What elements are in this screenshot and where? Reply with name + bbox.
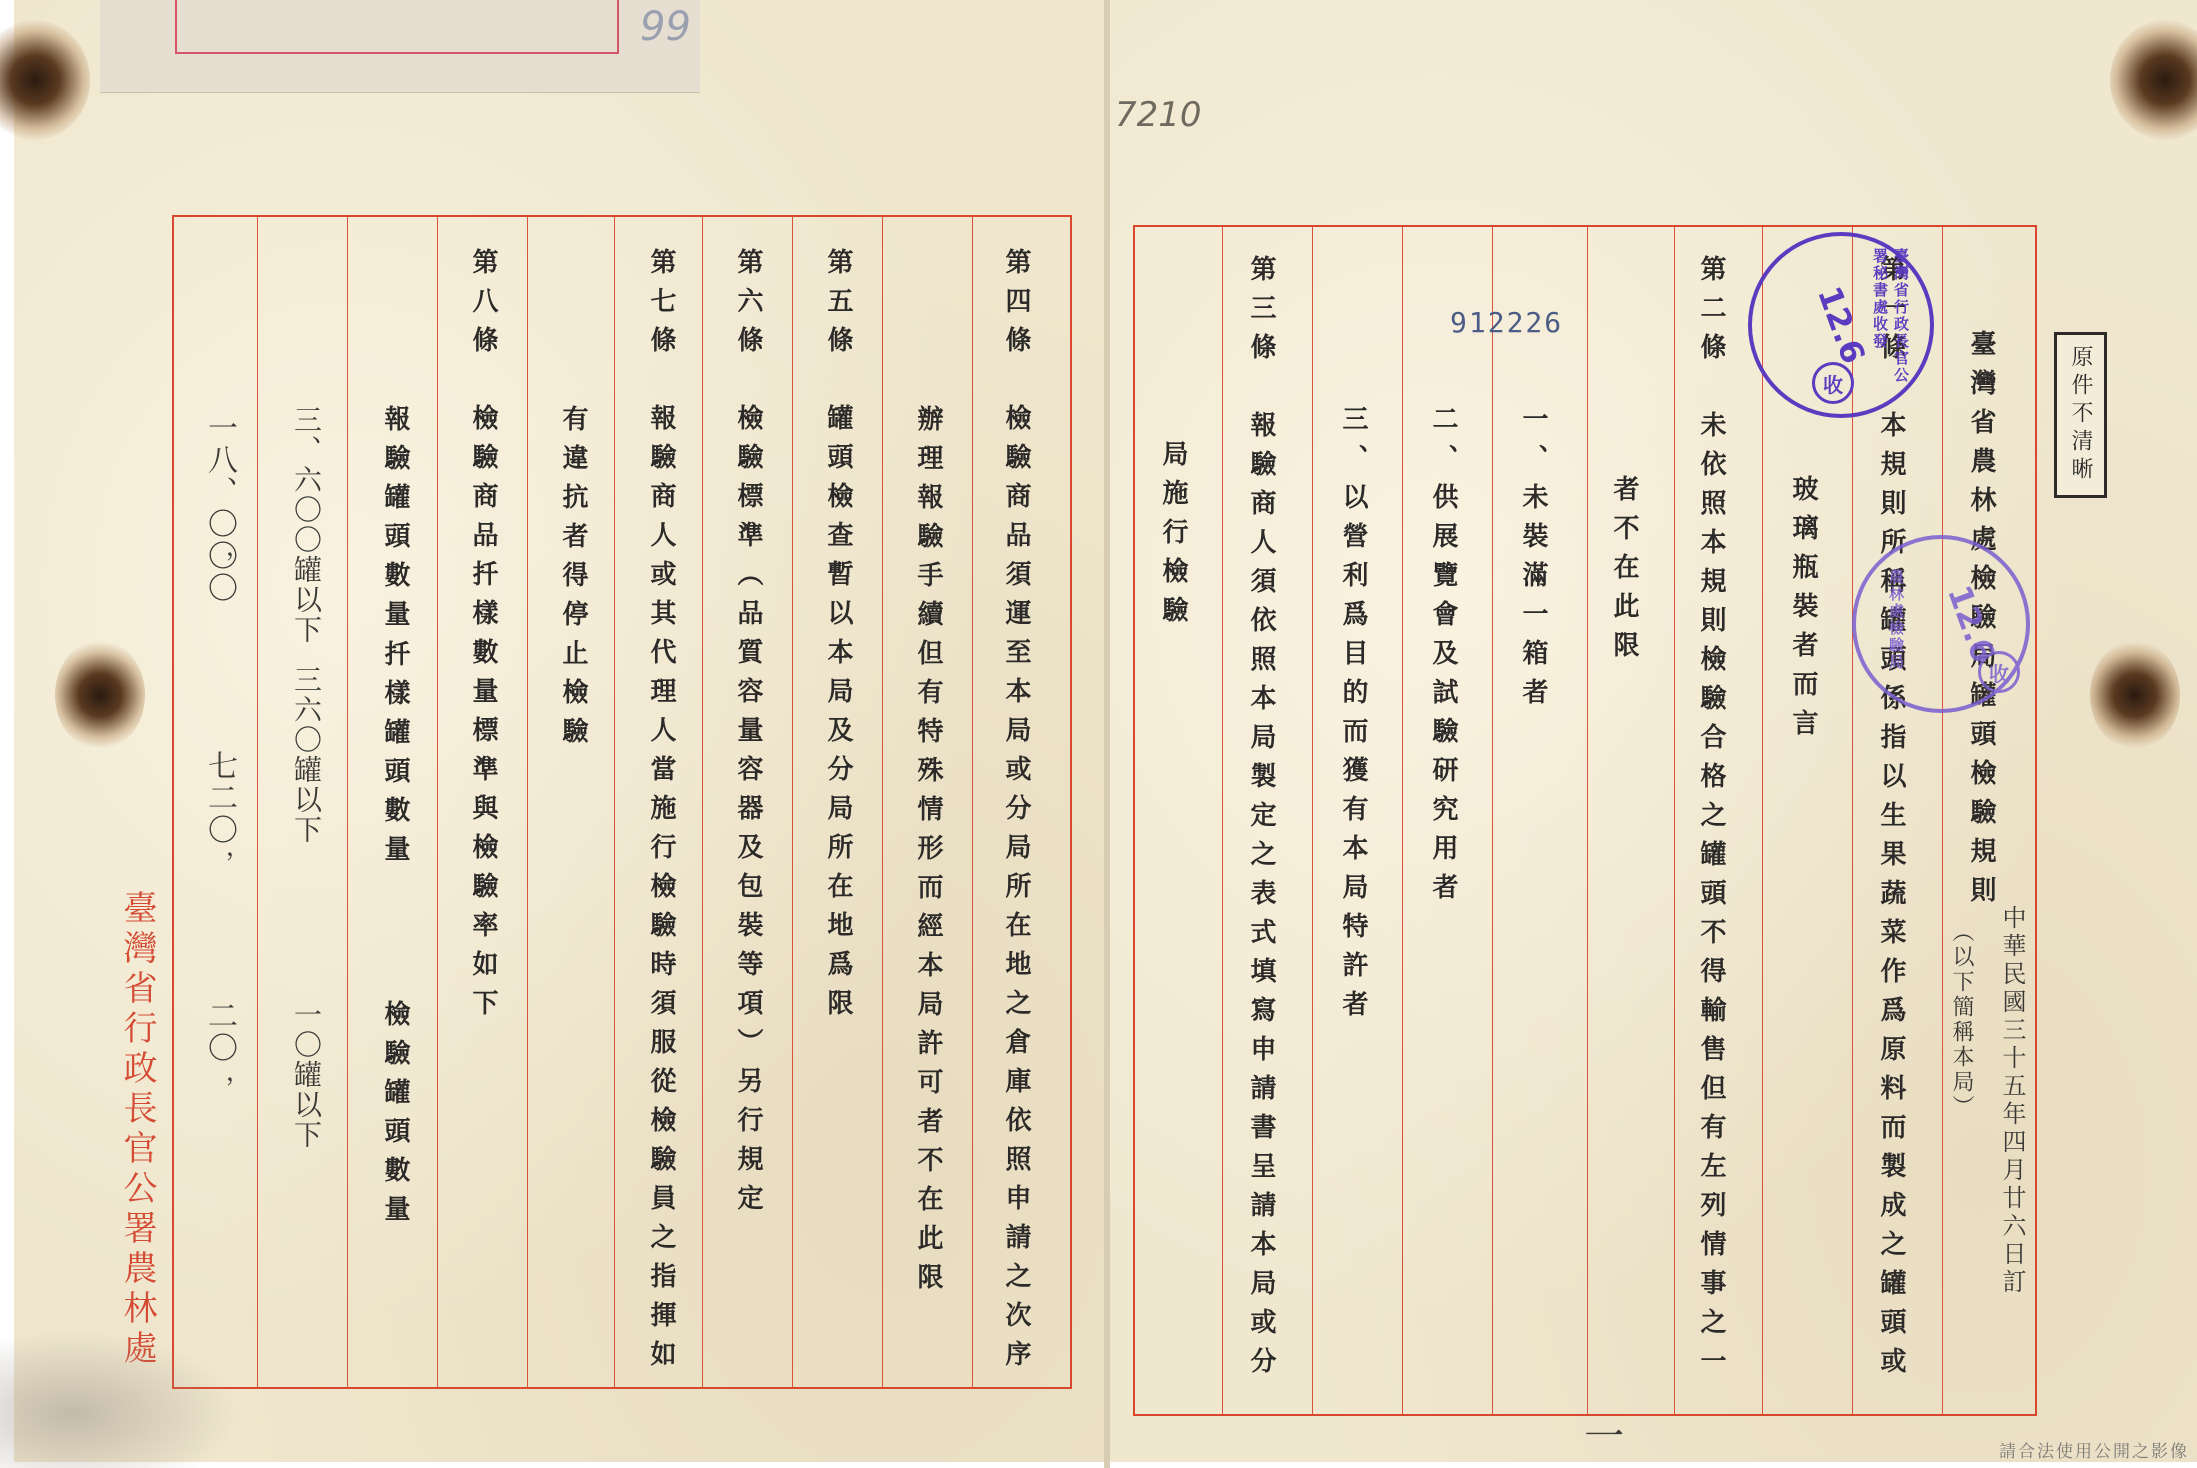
burn-mark-left [55, 640, 145, 750]
attached-slip [100, 0, 700, 93]
stamp-date: 12.6 [1810, 281, 1873, 368]
receipt-stamp-primary: 臺灣省行政長官公署秘書處收發 12.6 收 [1748, 232, 1934, 418]
article-5: 第五條 罐頭檢查暫以本局及分局所在地爲限 [825, 248, 851, 1028]
article-2-line-2: 者不在此限 [1611, 475, 1637, 670]
pencil-note-top-left: 99 [640, 4, 691, 50]
table-cell-inspected-2: 二〇 [204, 1000, 234, 1064]
article-1-line-1: 第一條 本規則所稱罐頭係指以生果蔬菜作爲原料而製成之罐頭或 [1878, 255, 1904, 1386]
slip-red-box [175, 0, 619, 54]
article-6: 第六條 檢驗標準（品質容量容器及包裝等項）另行規定 [735, 248, 761, 1223]
notice-label-box: 原件不清晰 [2054, 332, 2107, 498]
rule-line [347, 217, 348, 1387]
article-8: 第八條 檢驗商品扦樣數量標準與檢驗率如下 [470, 248, 496, 1028]
rule-line [614, 217, 615, 1387]
table-cell-sampled-2: 七二〇 [204, 750, 234, 846]
article-3-line-1: 第三條 報驗商人須依照本局製定之表式填寫申請書呈請本局或分 [1248, 255, 1274, 1386]
pencil-note-top-center: 7210 [1115, 95, 1202, 135]
rule-line [1674, 227, 1675, 1414]
stamp-mark: 收 [1978, 651, 2020, 693]
rule-line [1222, 227, 1223, 1414]
table-header-sampled: 扦樣罐頭數量 [382, 640, 408, 874]
stamp-ring-text: 農林處檢驗局 [1886, 569, 1907, 671]
article-2-item-2: 二、供展覽會及試驗研究用者 [1430, 405, 1456, 912]
rule-line [1942, 227, 1943, 1414]
archive-logo-watermark [0, 1330, 240, 1468]
table-mark: ， [206, 1075, 232, 1114]
stamp-ring-text: 臺灣省行政長官公署秘書處收發 [1870, 248, 1912, 398]
article-2-line-1: 第二條 未依照本規則檢驗合格之罐頭不得輸售但有左列情事之一 [1698, 255, 1724, 1386]
rule-line [1762, 227, 1763, 1414]
article-7-line-1: 第七條 報驗商人或其代理人當施行檢驗時須服從檢驗員之指揮如 [648, 248, 674, 1379]
article-2-item-3: 三、以營利爲目的而獲有本局特許者 [1340, 405, 1366, 1029]
serial-number: 912226 [1450, 306, 1563, 339]
rule-line [527, 217, 528, 1387]
article-7-line-2: 有違抗者得停止檢驗 [560, 405, 586, 756]
article-4-line-2: 辦理報驗手續但有特殊情形而經本局許可者不在此限 [915, 405, 941, 1302]
rule-line [972, 217, 973, 1387]
stamp-mark: 收 [1812, 362, 1854, 404]
rule-line [437, 217, 438, 1387]
rule-line [257, 217, 258, 1387]
table-cell-sampled-1: 三六〇罐以下 [292, 665, 320, 845]
article-4-line-1: 第四條 檢驗商品須運至本局或分局所在地之倉庫依照申請之次序 [1003, 248, 1029, 1379]
rule-line [1587, 227, 1588, 1414]
article-2-item-1: 一、未裝滿一箱者 [1520, 405, 1546, 717]
table-header-reported: 報驗罐頭數量 [382, 405, 408, 639]
burn-mark-right [2090, 640, 2180, 750]
rule-line [882, 217, 883, 1387]
date-line: 中華民國三十五年四月廿六日訂 [2000, 905, 2024, 1297]
receipt-stamp-secondary: 農林處檢驗局 12.6 收 [1852, 535, 2030, 713]
usage-watermark: 請合法使用公開之影像 [1999, 1437, 2189, 1462]
rule-line [702, 217, 703, 1387]
rule-line [792, 217, 793, 1387]
margin-imprint: 臺灣省行政長官公署農林處 [120, 890, 154, 1370]
abbreviation-note: （以下簡稱本局） [1950, 920, 1972, 1120]
rule-line [1492, 227, 1493, 1414]
page-gutter [1104, 0, 1110, 1468]
table-mark: ， [206, 850, 232, 889]
rule-line [1312, 227, 1313, 1414]
table-header-inspected: 檢驗罐頭數量 [382, 1000, 408, 1234]
article-1-line-2: 玻璃瓶裝者而言 [1790, 475, 1816, 748]
table-cell-inspected-1: 一〇罐以下 [292, 1000, 320, 1150]
rule-line [1402, 227, 1403, 1414]
article-3-line-2: 局施行檢驗 [1160, 440, 1186, 635]
table-cell-reported-1: 三、六〇〇罐以下 [292, 405, 320, 645]
table-mark: ， [206, 550, 232, 589]
